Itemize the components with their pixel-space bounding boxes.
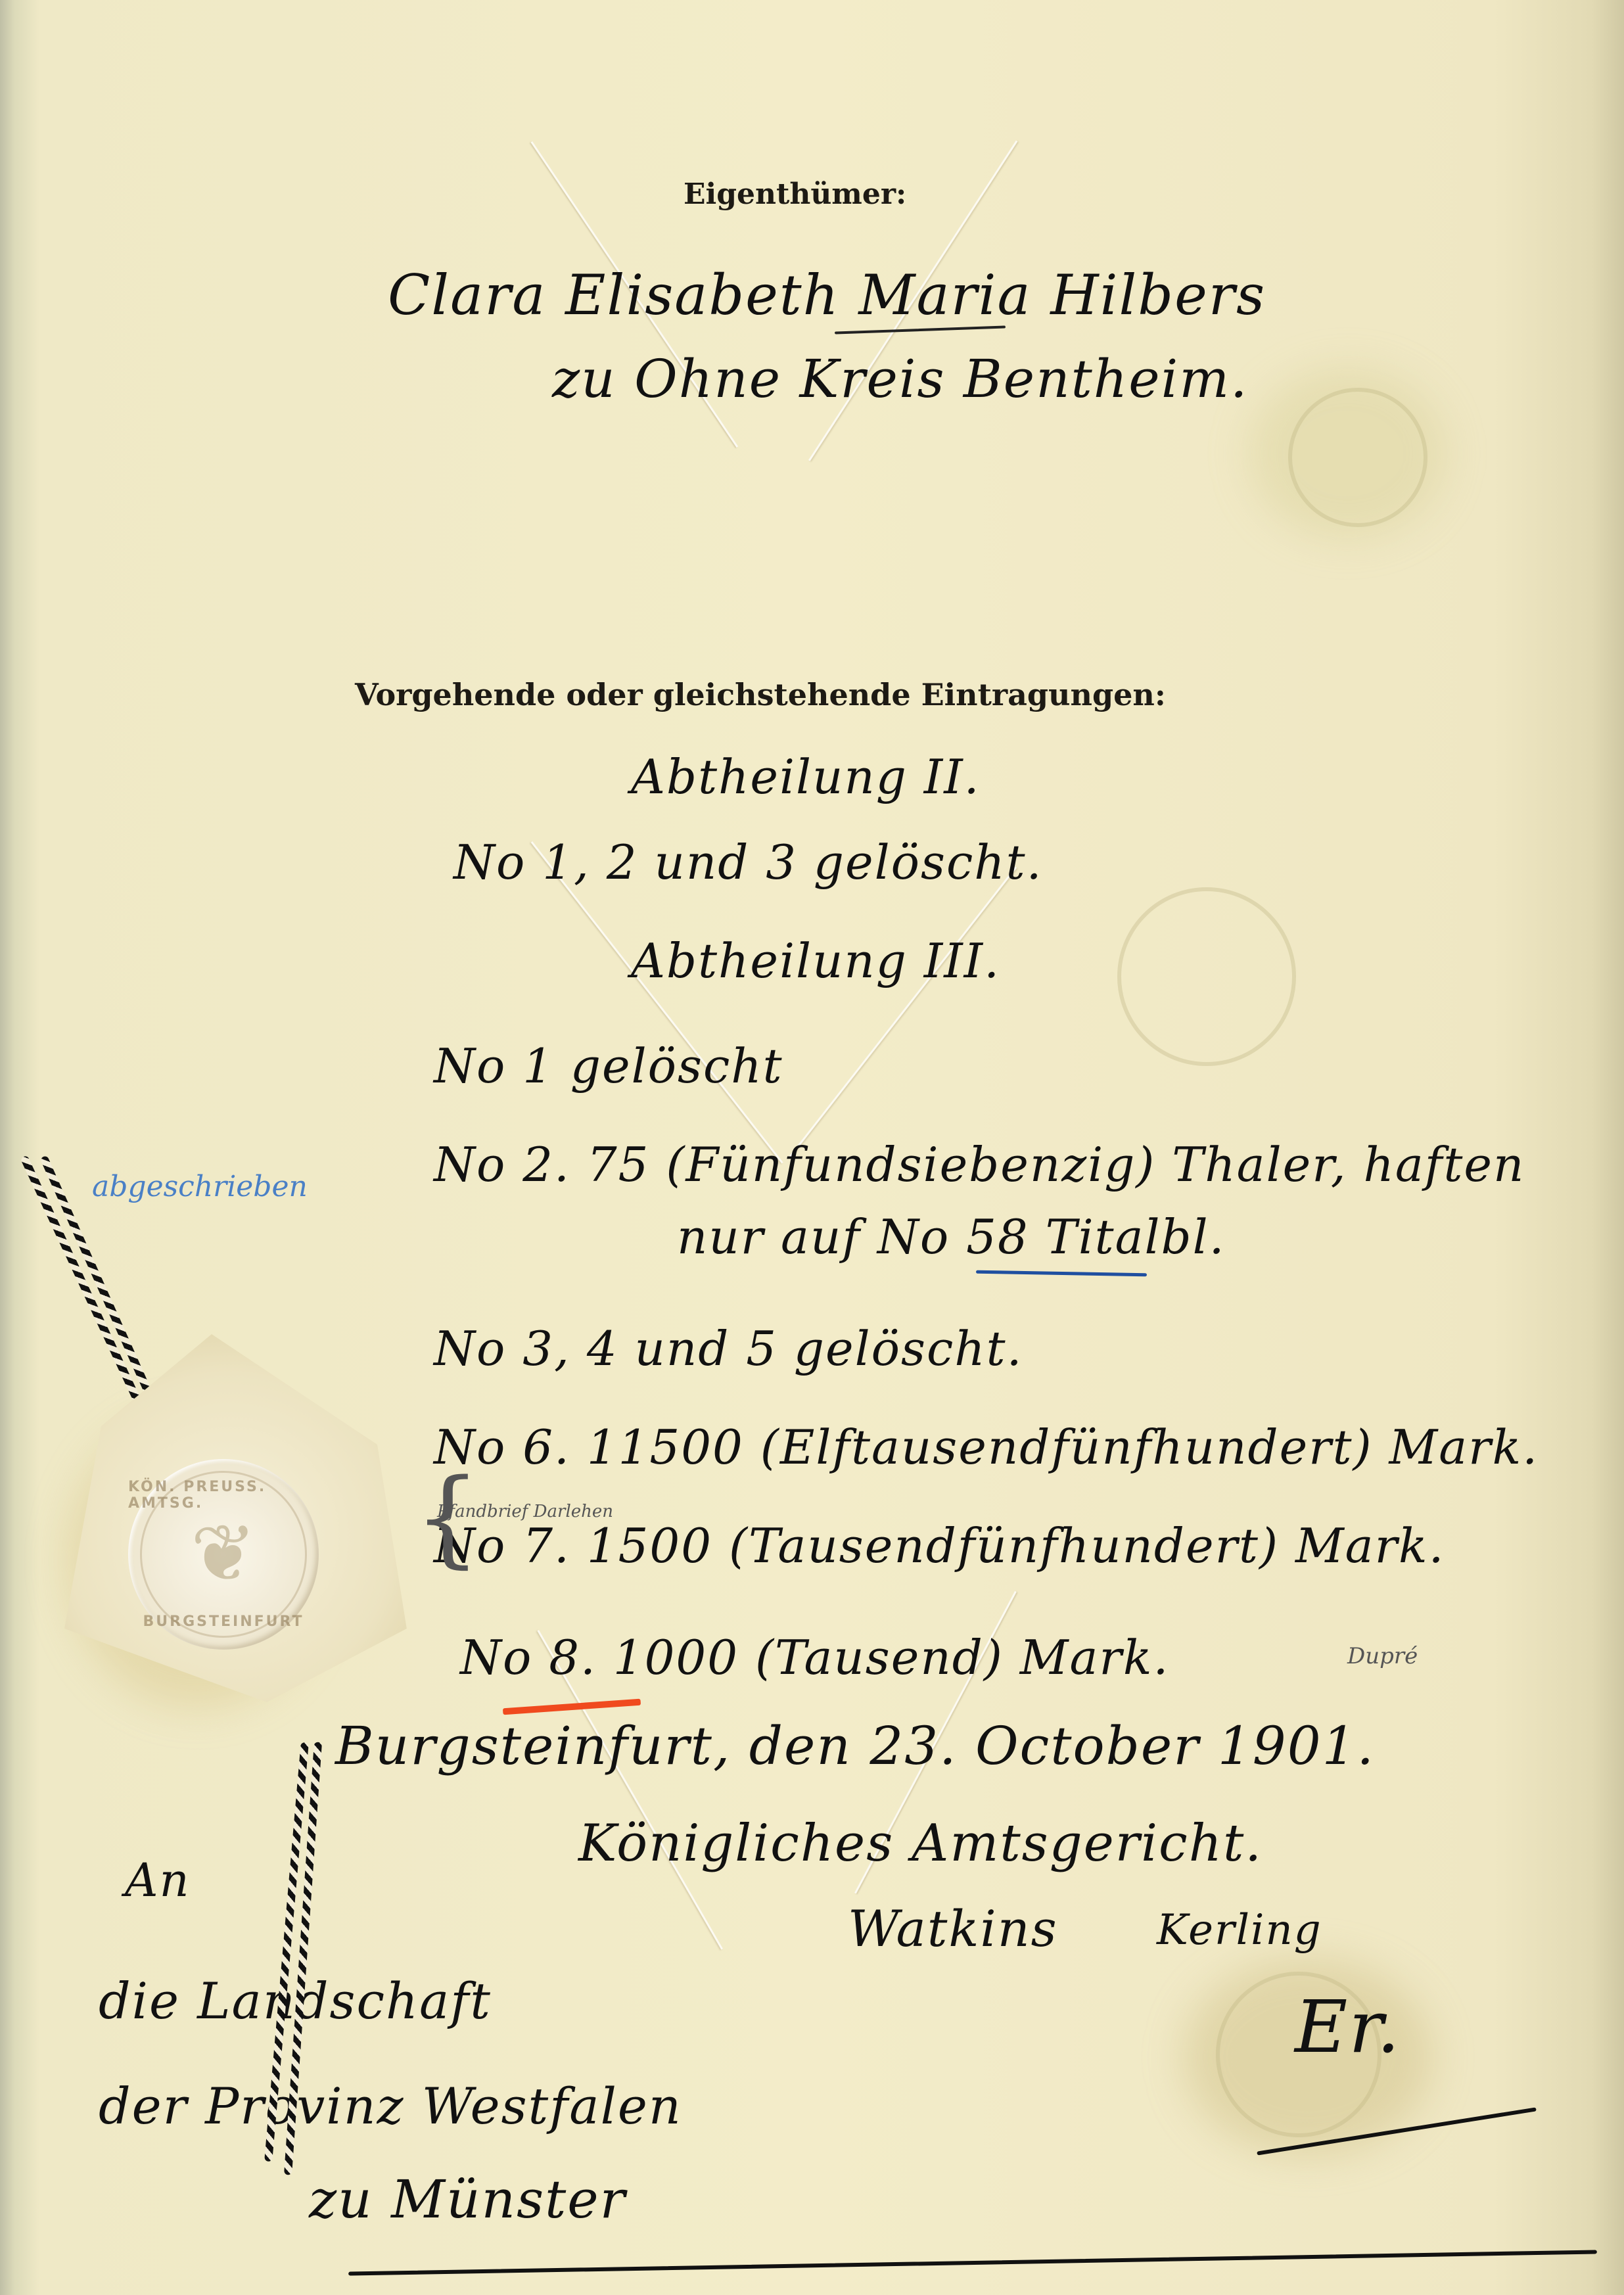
embossed-seal: ❦ KÖN. PREUSS. AMTSG. BURGSTEINFURT (128, 1459, 319, 1650)
section-2-title: Abtheilung II. (631, 749, 981, 804)
addressee-flourish (348, 2250, 1597, 2275)
faded-stamp (1117, 887, 1296, 1066)
addressee-line-3: der Provinz Westfalen (99, 2077, 682, 2135)
fold-crease (789, 867, 1017, 1158)
section-3-entry-7: No 7. 1500 (Tausendfünfhundert) Mark. (434, 1518, 1445, 1573)
addressee-line-4: zu Münster (309, 2169, 626, 2230)
owner-location: zu Ohne Kreis Bentheim. (552, 348, 1248, 409)
signature-3: Er. (1295, 1985, 1401, 2069)
bracket-note: Pfandbrief Darlehen (437, 1502, 613, 1521)
seal-top-text: KÖN. PREUSS. AMTSG. (128, 1479, 319, 1512)
section-3-entry-2: No 2. 75 (Fünfundsiebenzig) Thaler, haft… (434, 1137, 1525, 1192)
court-name: Königliches Amtsgericht. (578, 1814, 1263, 1873)
faded-stamp (1288, 388, 1427, 527)
entries-heading: Vorgehende oder gleichstehende Eintragun… (355, 677, 1166, 712)
signature-2: Kerling (1157, 1906, 1322, 1955)
document-page: Eigenthümer: Clara Elisabeth Maria Hilbe… (0, 0, 1624, 2295)
addressee-line-1: An (125, 1853, 191, 1907)
seal-bottom-text: BURGSTEINFURT (143, 1613, 304, 1630)
section-3-entry-6: No 6. 11500 (Elftausendfünfhundert) Mark… (434, 1420, 1539, 1475)
initials-note: Dupré (1347, 1643, 1418, 1669)
red-underline (503, 1699, 641, 1715)
owner-name: Clara Elisabeth Maria Hilbers (388, 263, 1266, 327)
owner-heading: Eigenthümer: (684, 177, 906, 211)
place-date: Burgsteinfurt, den 23. October 1901. (335, 1715, 1375, 1776)
blue-underline (976, 1270, 1147, 1277)
blue-pencil-note: abgeschrieben (92, 1170, 308, 1203)
section-3-entry-2-cont: nur auf No 58 Titalbl. (677, 1209, 1226, 1264)
section-3-title: Abtheilung III. (631, 933, 1000, 988)
section-3-entry-3: No 3, 4 und 5 gelöscht. (434, 1321, 1023, 1376)
section-3-entry-8: No 8. 1000 (Tausend) Mark. (460, 1630, 1169, 1685)
section-2-entry: No 1, 2 und 3 gelöscht. (453, 835, 1042, 890)
section-3-entry-1: No 1 gelöscht (434, 1038, 783, 1094)
signature-1: Watkins (848, 1899, 1058, 1958)
